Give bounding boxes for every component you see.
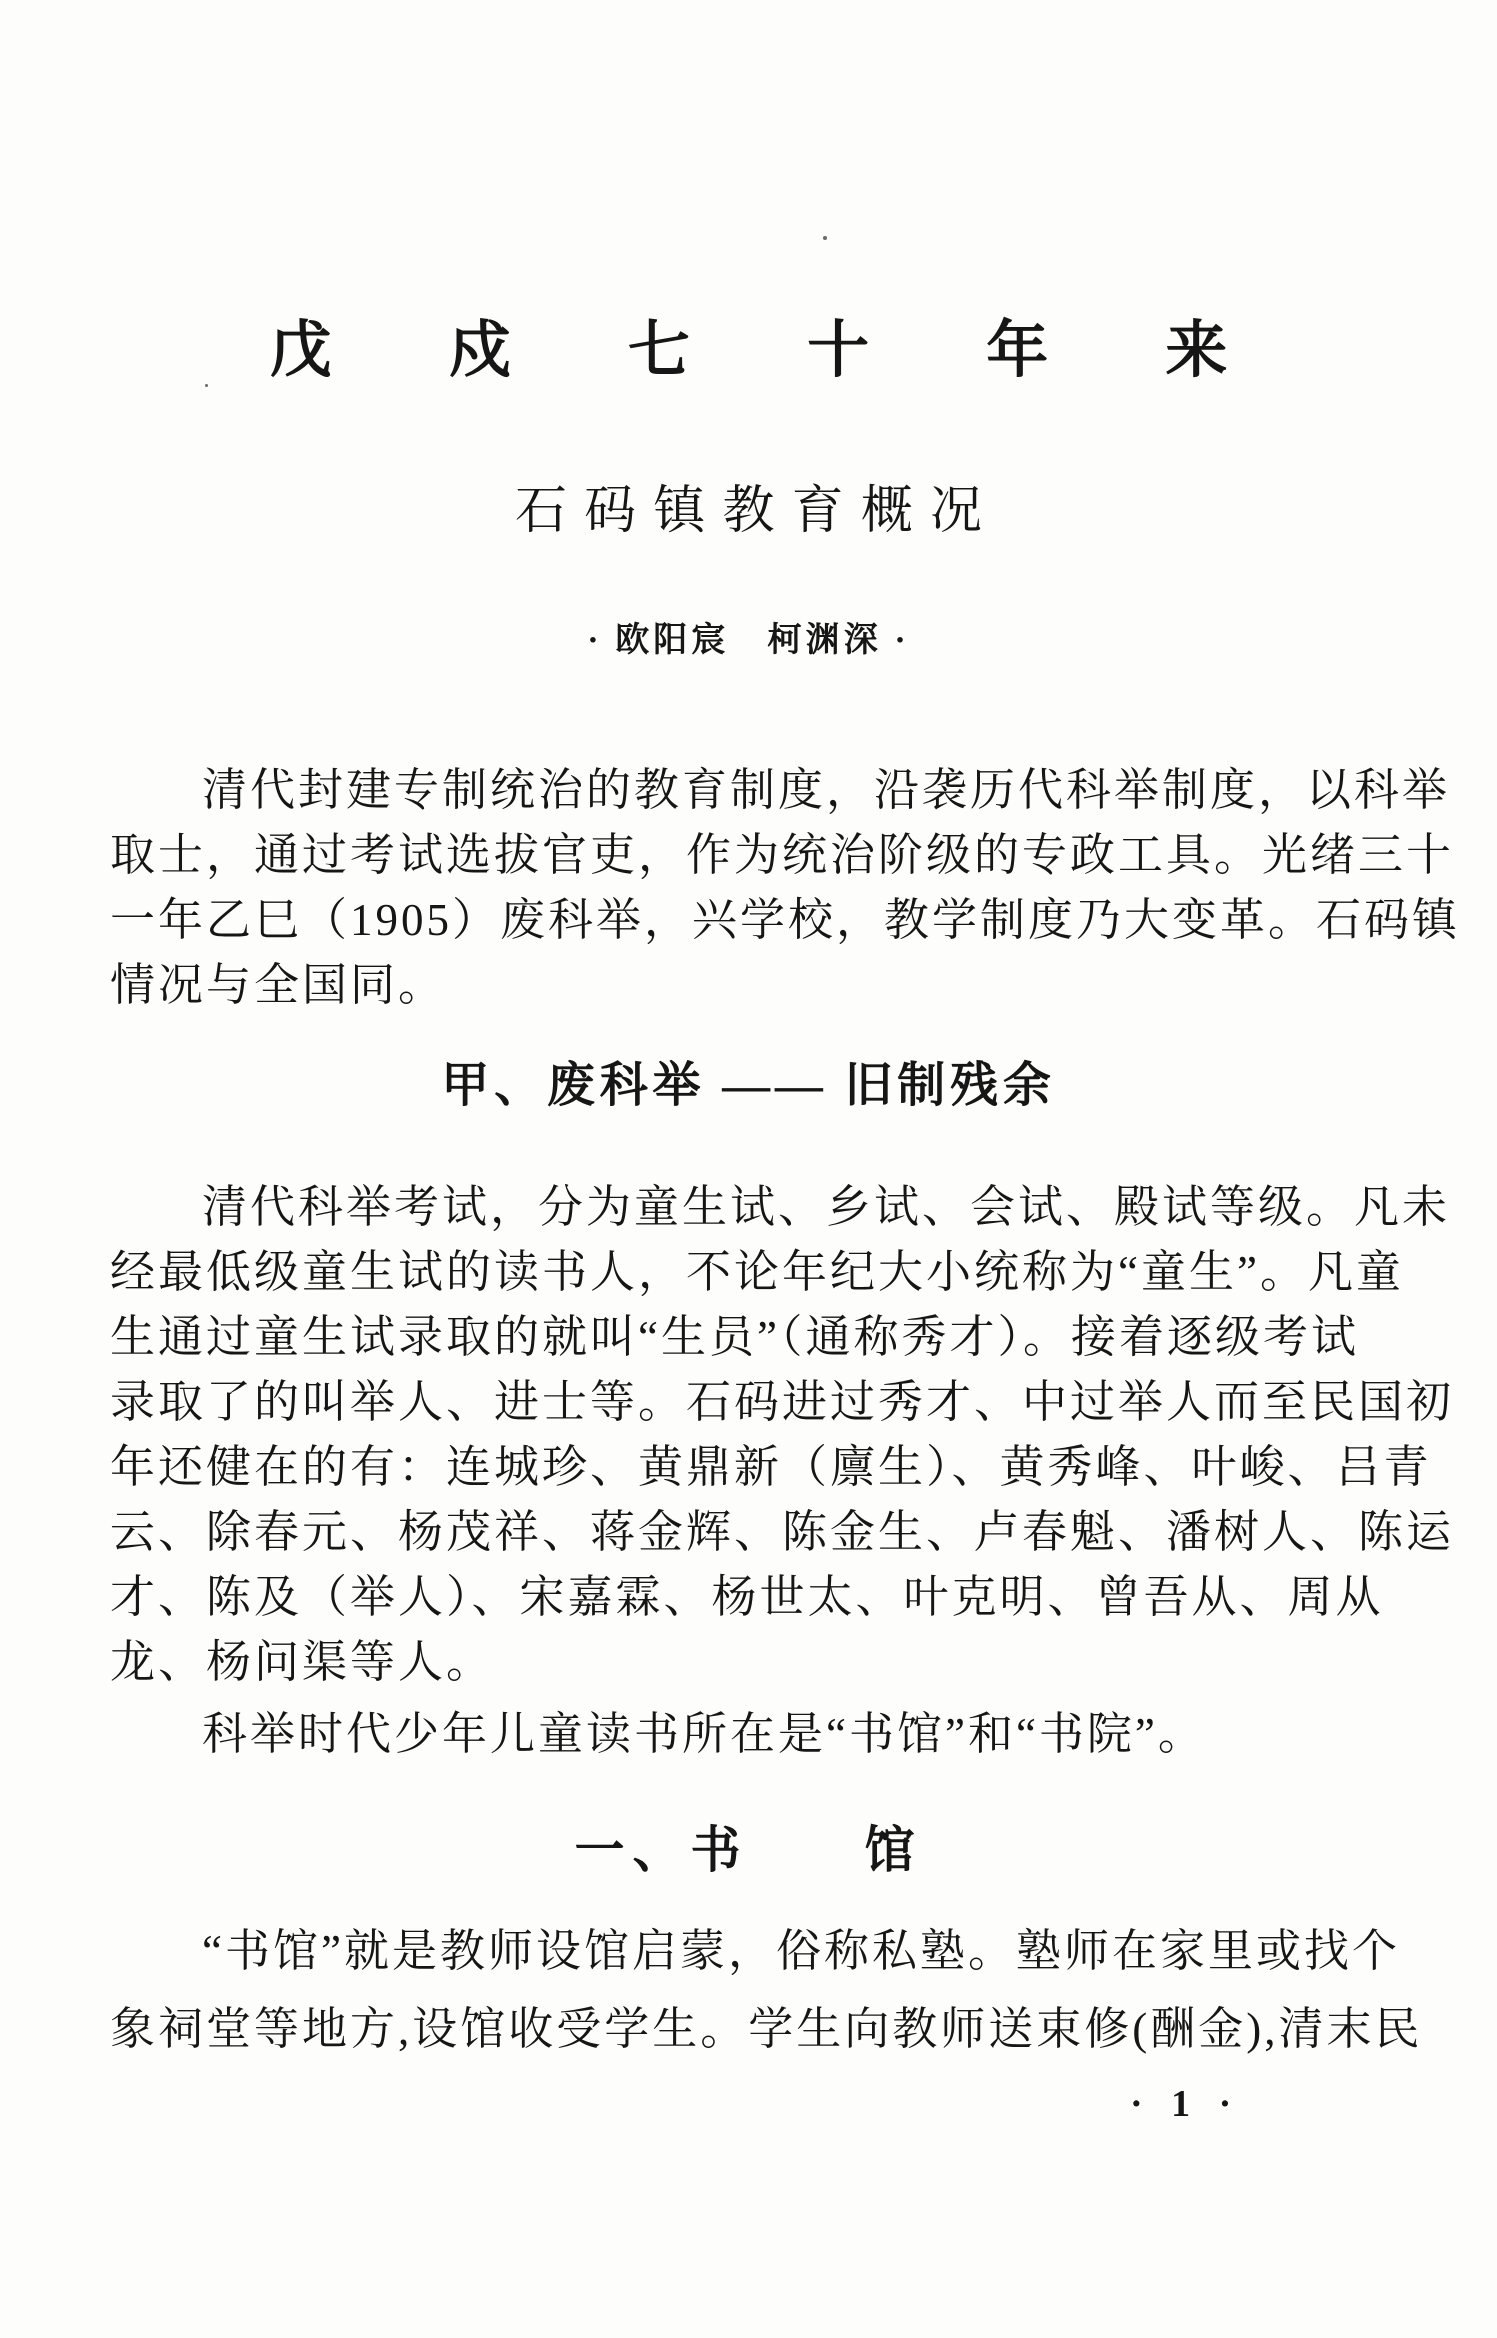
text-line: 清代科举考试，分为童生试、乡试、会试、殿试等级。凡未 <box>110 1175 1397 1240</box>
text-line: 经最低级童生试的读书人，不论年纪大小统称为“童生”。凡童 <box>110 1240 1397 1305</box>
text-line: 生通过童生试录取的就叫“生员”（通称秀才）。接着逐级考试 <box>110 1305 1397 1370</box>
article-subtitle: 石码镇教育概况 <box>0 468 1497 543</box>
paragraph-intro: 清代封建专制统治的教育制度，沿袭历代科举制度，以科举取士，通过考试选拔官吏，作为… <box>110 758 1397 1018</box>
text-line: 龙、杨问渠等人。 <box>110 1630 1397 1695</box>
text-line: 清代封建专制统治的教育制度，沿袭历代科举制度，以科举 <box>110 758 1397 823</box>
text-line: 科举时代少年儿童读书所在是“书馆”和“书院”。 <box>110 1702 1397 1767</box>
paragraph-keju: 清代科举考试，分为童生试、乡试、会试、殿试等级。凡未经最低级童生试的读书人，不论… <box>110 1175 1397 1695</box>
byline-authors: · 欧阳宸 柯渊深 · <box>0 612 1497 661</box>
text-line: 取士，通过考试选拔官吏，作为统治阶级的专政工具。光绪三十 <box>110 823 1397 888</box>
text-line: 录取了的叫举人、进士等。石码进过秀才、中过举人而至民国初 <box>110 1370 1397 1435</box>
paragraph-shuguan-intro: 科举时代少年儿童读书所在是“书馆”和“书院”。 <box>110 1702 1397 1767</box>
paragraph-sishu: “书馆”就是教师设馆启蒙，俗称私塾。塾师在家里或找个象祠堂等地方,设馆收受学生。… <box>110 1912 1397 2068</box>
section-heading-a: 甲、废科举 —— 旧制残余 <box>0 1046 1497 1115</box>
scan-noise-dot <box>205 384 208 387</box>
section-heading-1: 一、书 馆 <box>0 1810 1497 1882</box>
page-number: · 1 · <box>1130 2082 1241 2126</box>
text-line: 象祠堂等地方,设馆收受学生。学生向教师送束修(酬金),清末民 <box>110 1990 1397 2068</box>
text-line: 情况与全国同。 <box>110 953 1397 1018</box>
text-line: 一年乙巳（1905）废科举，兴学校，教学制度乃大变革。石码镇 <box>110 888 1397 953</box>
text-line: 年还健在的有：连城珍、黄鼎新（廪生）、黄秀峰、叶峻、吕青 <box>110 1435 1397 1500</box>
text-line: “书馆”就是教师设馆启蒙，俗称私塾。塾师在家里或找个 <box>110 1912 1397 1990</box>
scanned-book-page: 戊 戍 七 十 年 来 石码镇教育概况 · 欧阳宸 柯渊深 · 清代封建专制统治… <box>0 0 1497 2338</box>
article-title: 戊 戍 七 十 年 来 <box>0 300 1497 389</box>
scan-noise-dot <box>823 236 827 240</box>
text-line: 云、除春元、杨茂祥、蒋金辉、陈金生、卢春魁、潘树人、陈运 <box>110 1500 1397 1565</box>
text-line: 才、陈及（举人）、宋嘉霖、杨世太、叶克明、曾吾从、周从 <box>110 1565 1397 1630</box>
